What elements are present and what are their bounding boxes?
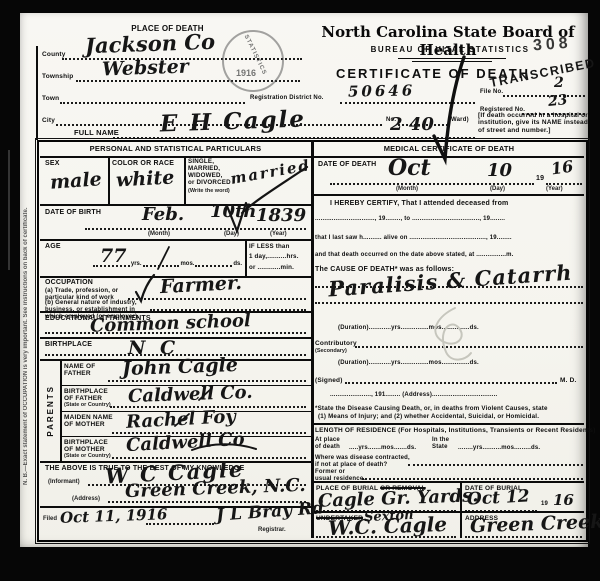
- informant-address-label: (Address): [72, 496, 100, 502]
- parents-label: PARENTS: [46, 385, 55, 437]
- in-state-label: In the State: [432, 437, 449, 451]
- death-year-sub: (Year): [546, 186, 563, 192]
- rule: [314, 194, 584, 196]
- bureau-rule-2: [412, 61, 492, 62]
- father-name-value: John Cagle: [122, 354, 239, 380]
- former-residence-1: Former or: [315, 469, 345, 476]
- sex-value: male: [49, 168, 102, 194]
- occupation-a-value: Farmer.: [159, 272, 242, 298]
- where-contracted-line: [408, 452, 583, 466]
- father-birthplace-value: Caldwell Co.: [128, 382, 253, 407]
- if-less-label-3: or ............min.: [249, 264, 294, 271]
- dob-month-value: Feb.: [142, 204, 184, 225]
- certify-dates-line: ................................, 19....…: [315, 216, 583, 223]
- cell-divider: [108, 156, 110, 205]
- age-yrs-label: yrs.: [131, 261, 142, 267]
- street-no-value: 2 40: [390, 114, 434, 135]
- vital-statistics-round-stamp: STATISTICS 1916: [222, 30, 284, 92]
- father-name-label: NAME OF FATHER: [64, 363, 95, 378]
- duration-line-2: (Duration)............yrs...............…: [338, 360, 479, 367]
- age-label: AGE: [45, 243, 61, 251]
- date-of-death-label: DATE OF DEATH: [318, 161, 376, 169]
- last-saw-line: that I last saw h.......... alive on ...…: [315, 235, 583, 242]
- if-less-label-1: IF LESS than: [249, 243, 290, 250]
- hospital-note: [If death occurred in a hospital or inst…: [478, 112, 588, 134]
- informant-label: (Informant): [48, 479, 80, 485]
- marital-sub-label: (Write the word): [188, 188, 230, 194]
- filed-line: [146, 511, 214, 525]
- in-state-units: ........yrs..........mos.........ds.: [458, 445, 540, 452]
- contributory-label: Contributory: [315, 340, 357, 347]
- death-month-value: Oct: [388, 155, 431, 181]
- burial-year-value: 16: [553, 491, 574, 509]
- mother-birthplace-label: BIRTHPLACE OF MOTHER: [64, 439, 108, 454]
- color-race-value: white: [115, 166, 174, 191]
- mother-birthplace-sub: (State or Country): [64, 453, 111, 459]
- undertaker-address-value: Green Creek: [470, 511, 600, 538]
- dob-day-value: 10th: [210, 201, 256, 222]
- round-stamp-year: 1916: [236, 68, 256, 78]
- film-scratch: [8, 150, 10, 270]
- rule: [314, 481, 584, 483]
- if-less-label-2: 1 day,..........hrs.: [249, 253, 299, 260]
- father-birthplace-label: BIRTHPLACE OF FATHER: [64, 388, 108, 403]
- rule: [314, 423, 584, 425]
- death-year-value: 16: [550, 157, 575, 179]
- duration-line-1: (Duration)............yrs...............…: [338, 325, 479, 332]
- county-value: Jackson Co: [85, 29, 216, 59]
- death-month-sub: (Month): [396, 186, 418, 192]
- margin-instructions: N. B.—Exact statement of OCCUPATION is v…: [23, 145, 29, 485]
- column-divider: [311, 140, 314, 538]
- age-mos-label: mos.: [180, 261, 194, 267]
- parents-label-box: PARENTS: [40, 359, 60, 462]
- medical-section-title: MEDICAL CERTIFICATE OF DEATH: [314, 145, 584, 154]
- personal-section-title: PERSONAL AND STATISTICAL PARTICULARS: [40, 145, 311, 154]
- secondary-label: (Secondary): [315, 348, 347, 354]
- father-birthplace-sub: (State or Country): [64, 402, 111, 408]
- page-number-stamp: 308: [532, 35, 572, 56]
- rule: [40, 239, 311, 241]
- rule: [40, 156, 311, 158]
- age-units-line: yrs. mos. ds.: [92, 255, 242, 267]
- cause-footnote-1: *State the Disease Causing Death, or, in…: [315, 405, 548, 412]
- city-label: City: [42, 117, 55, 124]
- township-label: Township: [42, 73, 73, 80]
- cell-divider: [184, 156, 186, 205]
- residence-title: LENGTH OF RESIDENCE (For Hospitals, Inst…: [315, 427, 596, 434]
- cell-divider: [245, 239, 247, 277]
- registration-district-label: Registration District No.: [250, 95, 324, 102]
- dob-month-sub: (Month): [148, 231, 170, 237]
- where-contracted-1: Where was disease contracted,: [315, 455, 410, 462]
- rule: [314, 156, 584, 158]
- age-ds-label: ds.: [233, 261, 242, 267]
- dob-year-value: 1839: [256, 205, 306, 226]
- dob-year-sub: (Year): [270, 231, 287, 237]
- undertaker-value: W.C. Cagle: [328, 512, 448, 540]
- at-place-units: .....yrs.......mos.......ds.: [349, 445, 416, 452]
- town-label: Town: [42, 95, 59, 102]
- death-year-printed: 19: [536, 175, 544, 183]
- registered-no-value: 23: [547, 92, 568, 110]
- mother-name-label: MAIDEN NAME OF MOTHER: [64, 414, 113, 429]
- at-place-label: At place of death: [315, 437, 340, 451]
- township-value: Webster: [102, 55, 189, 80]
- registrar-label: Registrar.: [258, 527, 286, 533]
- filed-label: Filed: [43, 516, 57, 522]
- death-day-value: 10: [487, 160, 512, 181]
- death-day-sub: (Day): [490, 186, 505, 192]
- bureau-rule-1: [398, 58, 506, 59]
- certify-statement: I HEREBY CERTIFY, That I attended deceas…: [330, 200, 508, 208]
- death-occurred-line: and that death occurred on the date abov…: [315, 252, 583, 259]
- marital-label: SINGLE, MARRIED, WIDOWED, or DIVORCED: [188, 158, 231, 187]
- town-line: [60, 89, 245, 104]
- former-residence-line: [362, 466, 583, 480]
- signed-address-line: ......................, 191........ (Add…: [330, 392, 497, 399]
- occupation-b-line: [150, 296, 306, 311]
- cause-footnote-2: (1) Means of Injury; and (2) whether Acc…: [318, 413, 539, 420]
- header-left-rule: [36, 46, 38, 140]
- full-name-value: E H Cagle: [160, 105, 307, 137]
- registration-district-value: 50646: [348, 81, 415, 100]
- death-certificate-scan: N. B.—Exact statement of OCCUPATION is v…: [0, 0, 600, 581]
- sex-label: SEX: [45, 160, 60, 168]
- md-label: M. D.: [560, 377, 577, 384]
- occupation-label: OCCUPATION: [45, 279, 93, 287]
- signed-label: (Signed): [315, 377, 343, 384]
- burial-year-printed: 19: [541, 501, 548, 508]
- burial-date-value: Oct 12: [467, 486, 531, 509]
- signed-line: [345, 370, 557, 384]
- contributory-line: [355, 334, 583, 348]
- dob-day-sub: (Day): [224, 231, 239, 237]
